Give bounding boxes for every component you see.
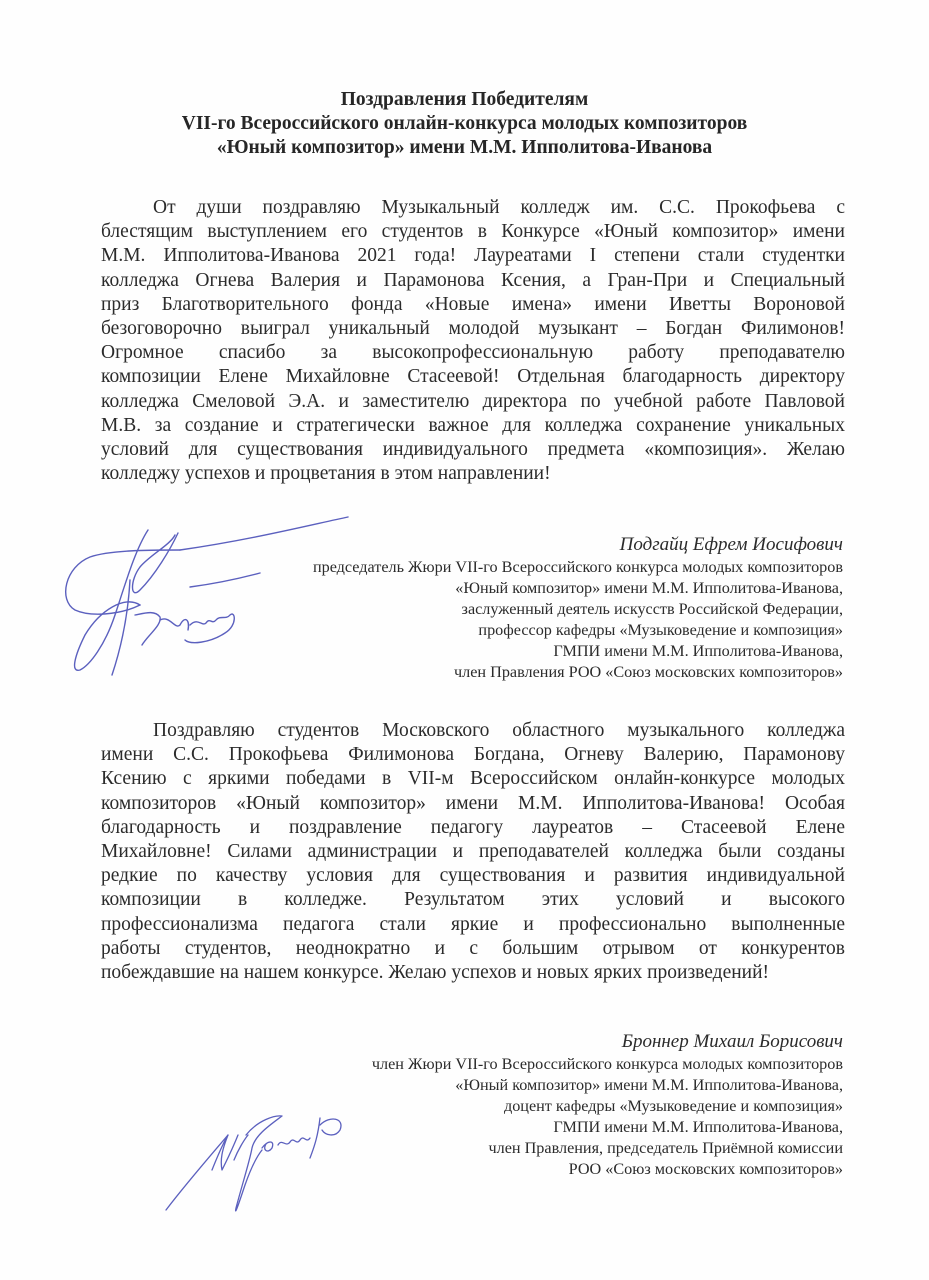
signature-bronner-icon <box>150 1090 370 1250</box>
paragraph-line: Поздравляю студентов Московского областн… <box>101 719 845 743</box>
paragraph-line: От души поздравляю Музыкальный колледж и… <box>101 196 845 220</box>
signatory-title-line: председатель Жюри VII-го Всероссийского … <box>313 557 843 578</box>
signatory-title-line: член Жюри VII-го Всероссийского конкурса… <box>372 1054 843 1075</box>
paragraph-line: профессионализма педагога стали яркие и … <box>101 913 845 937</box>
signatory-block-podgaits: Подгайц Ефрем Иосифович председатель Жюр… <box>313 533 843 683</box>
title-line: «Юный композитор» имени М.М. Ипполитова-… <box>0 136 929 160</box>
paragraph-line: Ксению с яркими победами в VII-м Всеросс… <box>101 767 845 791</box>
signatory-title-line: член Правления РОО «Союз московских комп… <box>313 662 843 683</box>
paragraph-line: М.В. за создание и стратегически важное … <box>101 414 845 438</box>
paragraph-line: редкие по качеству условия для существов… <box>101 864 845 888</box>
signatory-title-line: ГМПИ имени М.М. Ипполитова-Иванова, <box>313 641 843 662</box>
paragraph-line: благодарность и поздравление педагогу ла… <box>101 816 845 840</box>
paragraph-line: безоговорочно выиграл уникальный молодой… <box>101 317 845 341</box>
paragraph-line: колледжу успехов и процветания в этом на… <box>101 462 845 486</box>
paragraph-line: условий для существования индивидуальног… <box>101 438 845 462</box>
paragraph-line: композиторов «Юный композитор» имени М.М… <box>101 792 845 816</box>
congratulation-paragraph-2: Поздравляю студентов Московского областн… <box>101 719 845 985</box>
paragraph-line: Огромное спасибо за высокопрофессиональн… <box>101 341 845 365</box>
signatory-title-line: «Юный композитор» имени М.М. Ипполитова-… <box>372 1075 843 1096</box>
signatory-name: Броннер Михаил Борисович <box>372 1030 843 1054</box>
paragraph-line: побеждавшие на нашем конкурсе. Желаю усп… <box>101 961 845 985</box>
title-line: Поздравления Победителям <box>0 88 929 112</box>
signatory-title-line: ГМПИ имени М.М. Ипполитова-Иванова, <box>372 1117 843 1138</box>
paragraph-line: колледжа Смеловой Э.А. и заместителю дир… <box>101 390 845 414</box>
signature-podgaits-icon <box>30 505 350 705</box>
paragraph-line: колледжа Огнева Валерия и Парамонова Ксе… <box>101 269 845 293</box>
signatory-title-line: член Правления, председатель Приёмной ко… <box>372 1138 843 1159</box>
signatory-title-line: доцент кафедры «Музыковедение и композиц… <box>372 1096 843 1117</box>
paragraph-line: блестящим выступлением его студентов в К… <box>101 220 845 244</box>
signatory-title-line: заслуженный деятель искусств Российской … <box>313 599 843 620</box>
paragraph-line: работы студентов, неоднократно и с больш… <box>101 937 845 961</box>
document-page: Поздравления Победителям VII-го Всеросси… <box>0 0 929 1280</box>
signatory-block-bronner: Броннер Михаил Борисович член Жюри VII-г… <box>372 1030 843 1180</box>
paragraph-line: приз Благотворительного фонда «Новые име… <box>101 293 845 317</box>
paragraph-line: имени С.С. Прокофьева Филимонова Богдана… <box>101 743 845 767</box>
paragraph-line: Михайловне! Силами администрации и препо… <box>101 840 845 864</box>
congratulation-paragraph-1: От души поздравляю Музыкальный колледж и… <box>101 196 845 486</box>
signatory-name: Подгайц Ефрем Иосифович <box>313 533 843 557</box>
signatory-title-line: «Юный композитор» имени М.М. Ипполитова-… <box>313 578 843 599</box>
title-line: VII-го Всероссийского онлайн-конкурса мо… <box>0 112 929 136</box>
paragraph-line: композиции в колледже. Результатом этих … <box>101 888 845 912</box>
document-title: Поздравления Победителям VII-го Всеросси… <box>0 88 929 160</box>
paragraph-line: М.М. Ипполитова-Иванова 2021 года! Лауре… <box>101 244 845 268</box>
paragraph-line: композиции Елене Михайловне Стасеевой! О… <box>101 365 845 389</box>
signatory-title-line: РОО «Союз московских композиторов» <box>372 1159 843 1180</box>
signatory-title-line: профессор кафедры «Музыковедение и компо… <box>313 620 843 641</box>
